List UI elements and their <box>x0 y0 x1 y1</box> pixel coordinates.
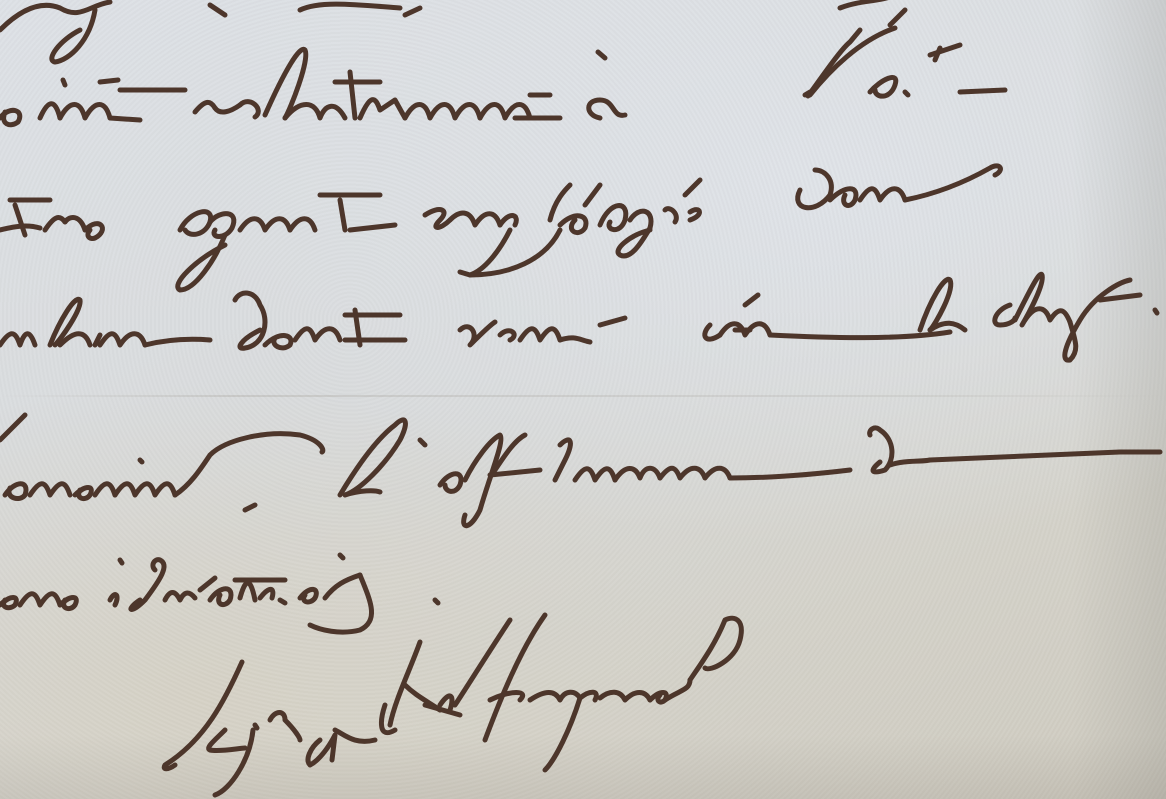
ink-line-5 <box>0 555 438 632</box>
ink-line-4 <box>0 415 1160 526</box>
ink-line-0 <box>0 0 905 62</box>
ink-line-2 <box>0 166 1000 290</box>
ink-signature <box>164 615 741 795</box>
ink-line-1 <box>0 28 1005 125</box>
ink-line-3 <box>0 274 1157 360</box>
handwriting-ink <box>0 0 1166 799</box>
